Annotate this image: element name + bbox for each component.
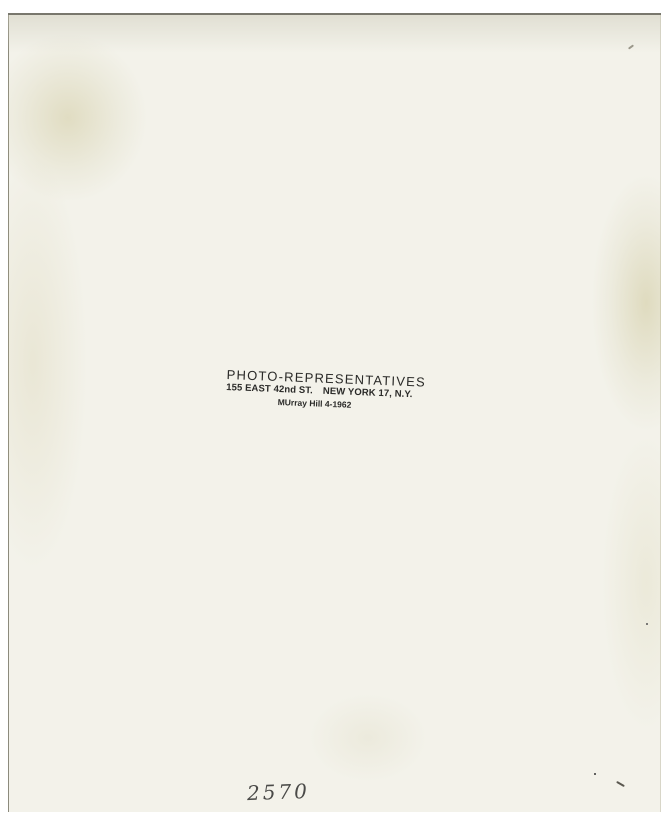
stain-right-lower [601, 433, 661, 733]
stain-left-edge [8, 153, 88, 573]
stamp-street: 155 EAST 42nd ST. [226, 382, 313, 396]
photographer-stamp: PHOTO-REPRESENTATIVES 155 EAST 42nd ST.N… [226, 367, 437, 414]
scanned-photo-back: PHOTO-REPRESENTATIVES 155 EAST 42nd ST.N… [0, 0, 669, 820]
speck-mark [646, 623, 648, 625]
top-edge-shading [8, 13, 661, 53]
stain-right-upper [591, 173, 661, 433]
stain-top-left [8, 33, 148, 203]
speck-mark [594, 773, 596, 775]
stain-bottom-center [308, 693, 428, 783]
handwritten-inventory-number: 2570 [247, 779, 311, 805]
photo-paper [8, 13, 661, 812]
